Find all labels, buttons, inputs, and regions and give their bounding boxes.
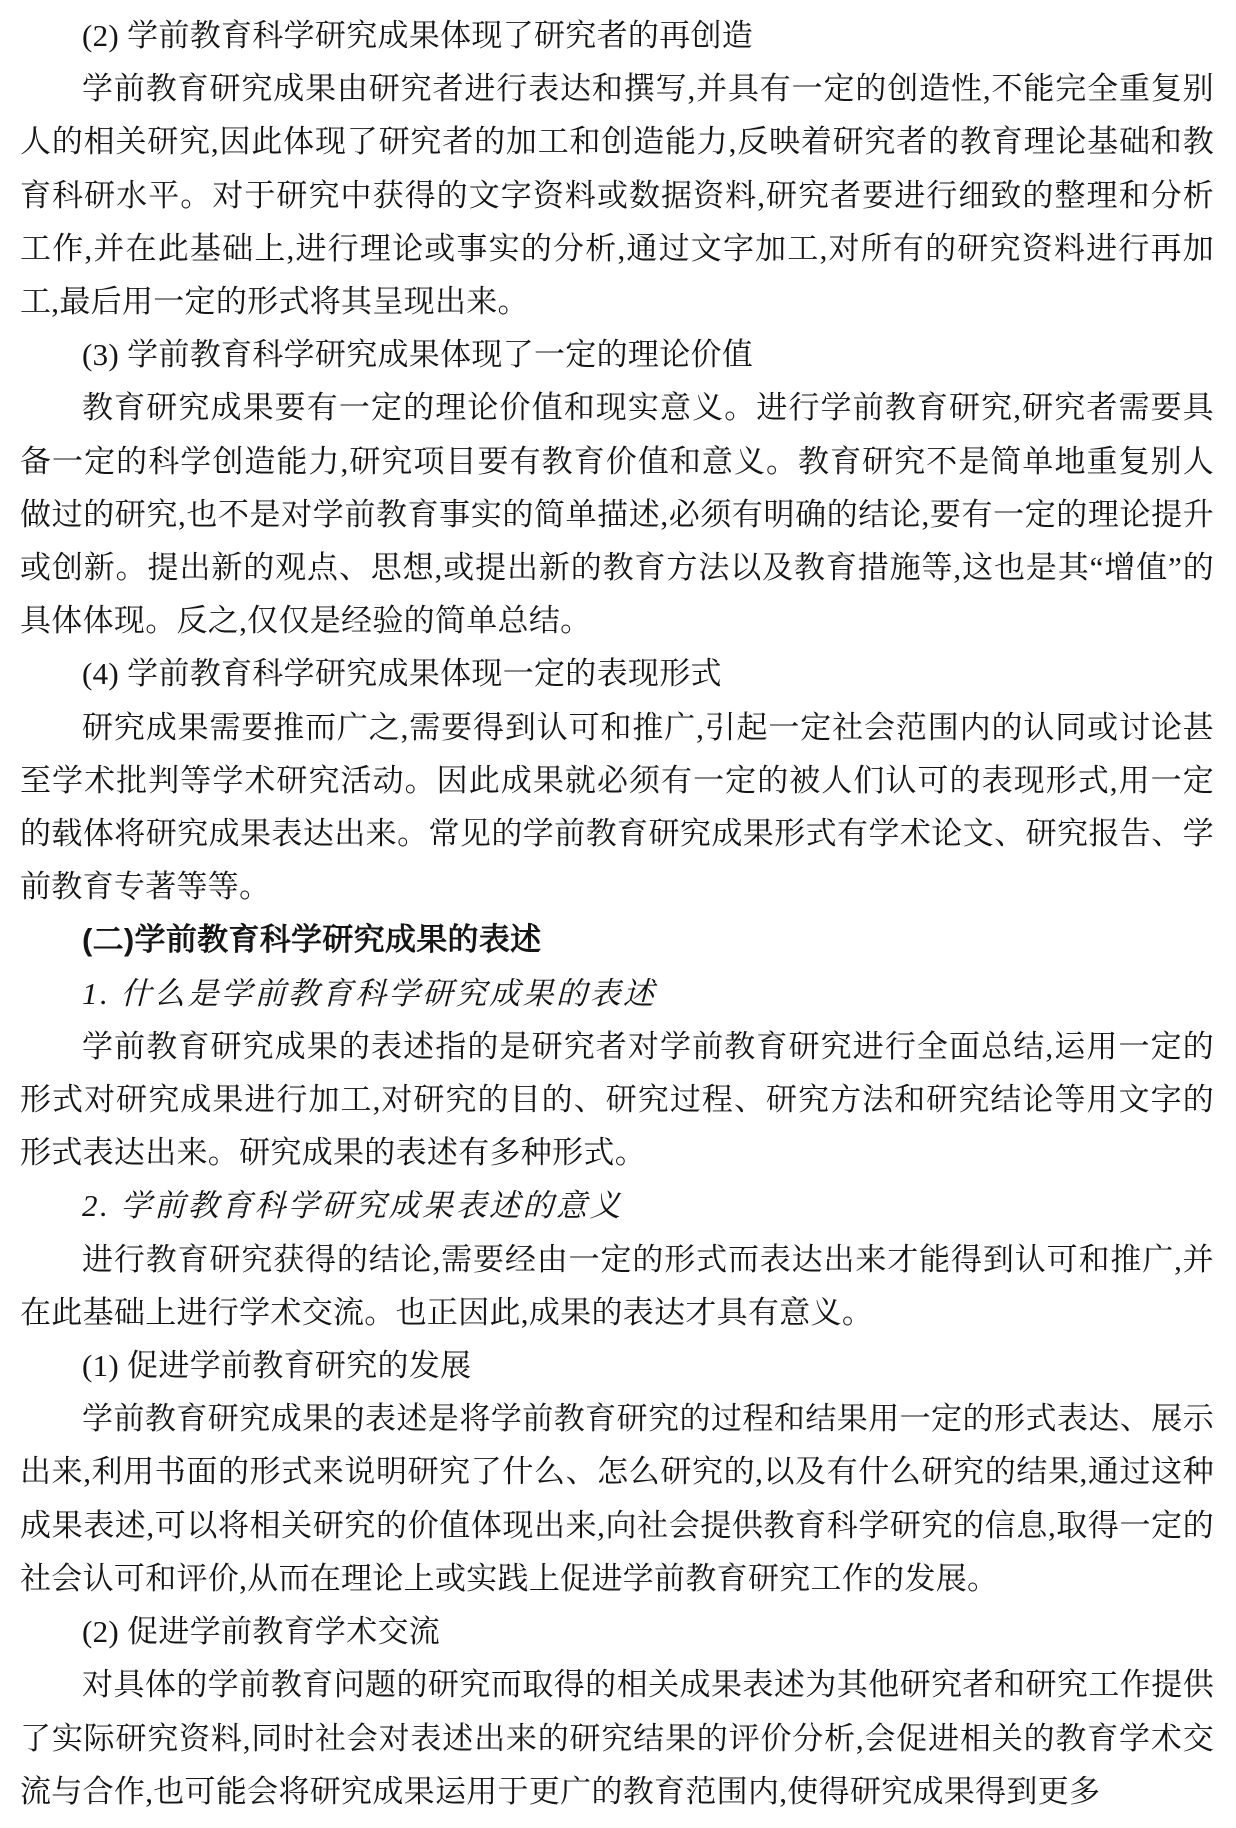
subheading-point-2: (2) 学前教育科学研究成果体现了研究者的再创造	[20, 9, 1214, 62]
paragraph-presentation-form: 研究成果需要推而广之,需要得到认可和推广,引起一定社会范围内的认同或讨论甚至学术…	[20, 701, 1214, 914]
numbered-heading-2: 2. 学前教育科学研究成果表述的意义	[20, 1179, 1214, 1232]
subheading-promote-research: (1) 促进学前教育研究的发展	[20, 1339, 1214, 1392]
subheading-point-3: (3) 学前教育科学研究成果体现了一定的理论价值	[20, 328, 1214, 381]
document-page: (2) 学前教育科学研究成果体现了研究者的再创造学前教育研究成果由研究者进行表达…	[0, 0, 1236, 1828]
paragraph-promote-research: 学前教育研究成果的表述是将学前教育研究的过程和结果用一定的形式表达、展示出来,利…	[20, 1392, 1214, 1605]
subheading-point-4: (4) 学前教育科学研究成果体现一定的表现形式	[20, 647, 1214, 700]
paragraph-what-is-expression: 学前教育研究成果的表述指的是研究者对学前教育研究进行全面总结,运用一定的形式对研…	[20, 1020, 1214, 1180]
subheading-promote-exchange: (2) 促进学前教育学术交流	[20, 1605, 1214, 1658]
document-body: (2) 学前教育科学研究成果体现了研究者的再创造学前教育研究成果由研究者进行表达…	[20, 9, 1214, 1818]
paragraph-recreation: 学前教育研究成果由研究者进行表达和撰写,并具有一定的创造性,不能完全重复别人的相…	[20, 62, 1214, 328]
numbered-heading-1: 1. 什么是学前教育科学研究成果的表述	[20, 967, 1214, 1020]
section-heading-2: (二)学前教育科学研究成果的表述	[20, 913, 1214, 966]
paragraph-significance: 进行教育研究获得的结论,需要经由一定的形式而表达出来才能得到认可和推广,并在此基…	[20, 1233, 1214, 1339]
paragraph-promote-exchange: 对具体的学前教育问题的研究而取得的相关成果表述为其他研究者和研究工作提供了实际研…	[20, 1658, 1214, 1818]
paragraph-theoretical-value: 教育研究成果要有一定的理论价值和现实意义。进行学前教育研究,研究者需要具备一定的…	[20, 381, 1214, 647]
